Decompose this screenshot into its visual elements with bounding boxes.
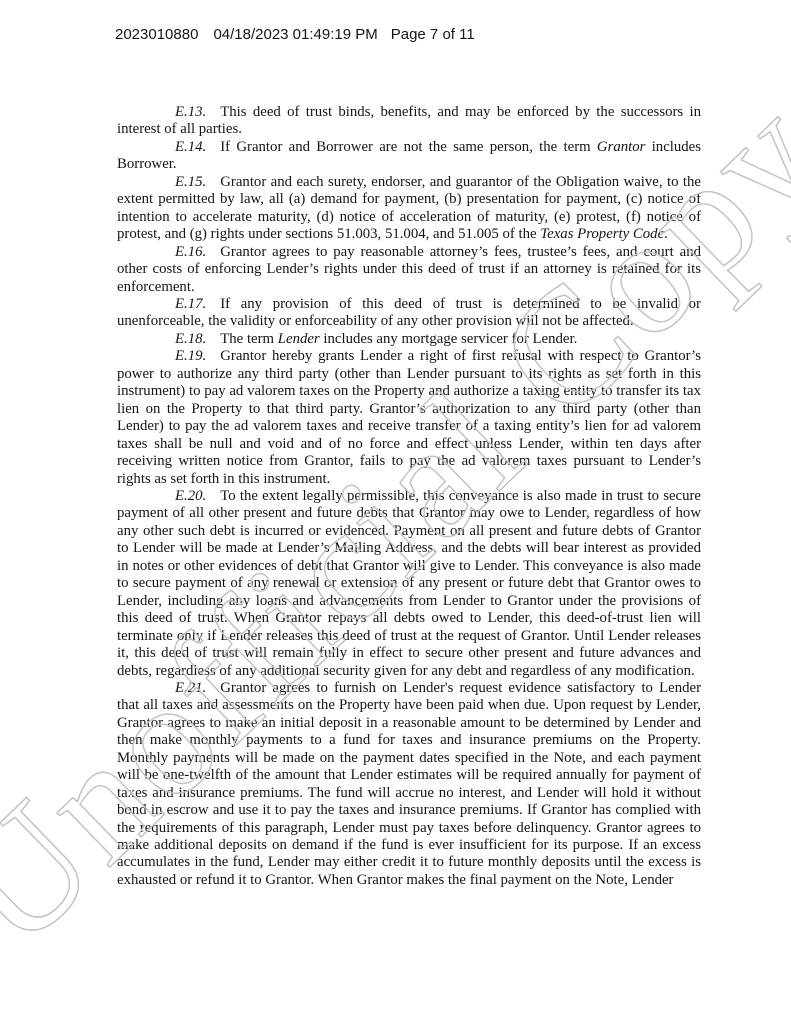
defined-term: Grantor (597, 139, 646, 155)
paragraph-number: E.13. (175, 104, 206, 120)
defined-term: Lender (278, 331, 320, 347)
page-indicator: Page 7 of 11 (391, 26, 475, 43)
paragraph-e15: E.15.Grantor and each surety, endorser, … (117, 174, 701, 244)
paragraph-text: Grantor agrees to furnish on Lender's re… (117, 680, 701, 888)
paragraph-number: E.17. (175, 296, 206, 312)
paragraph-number: E.15. (175, 174, 206, 190)
document-page: 202301088004/18/2023 01:49:19 PMPage 7 o… (0, 0, 791, 1024)
paragraph-e18: E.18.The term Lender includes any mortga… (117, 331, 701, 348)
document-body: E.13.This deed of trust binds, benefits,… (117, 104, 701, 889)
paragraph-e20: E.20.To the extent legally permissible, … (117, 488, 701, 680)
document-number: 2023010880 (115, 26, 198, 43)
paragraph-e13: E.13.This deed of trust binds, benefits,… (117, 104, 701, 139)
paragraph-text: Grantor hereby grants Lender a right of … (117, 348, 701, 486)
paragraph-e14: E.14.If Grantor and Borrower are not the… (117, 139, 701, 174)
paragraph-e19: E.19.Grantor hereby grants Lender a righ… (117, 348, 701, 488)
paragraph-number: E.19. (175, 348, 206, 364)
defined-term: Texas Property Code (540, 226, 664, 242)
page-header: 202301088004/18/2023 01:49:19 PMPage 7 o… (115, 26, 475, 43)
paragraph-e21: E.21.Grantor agrees to furnish on Lender… (117, 680, 701, 889)
paragraph-text: The term (220, 331, 278, 347)
paragraph-number: E.16. (175, 244, 206, 260)
paragraph-number: E.21. (175, 680, 206, 696)
paragraph-number: E.20. (175, 488, 206, 504)
paragraph-number: E.14. (175, 139, 206, 155)
paragraph-text: includes any mortgage servicer for Lende… (320, 331, 578, 347)
recording-timestamp: 04/18/2023 01:49:19 PM (213, 26, 377, 43)
paragraph-text: To the extent legally permissible, this … (117, 488, 701, 679)
paragraph-e17: E.17.If any provision of this deed of tr… (117, 296, 701, 331)
paragraph-text: . (664, 226, 668, 242)
paragraph-number: E.18. (175, 331, 206, 347)
paragraph-text: If Grantor and Borrower are not the same… (220, 139, 597, 155)
paragraph-e16: E.16.Grantor agrees to pay reasonable at… (117, 244, 701, 296)
